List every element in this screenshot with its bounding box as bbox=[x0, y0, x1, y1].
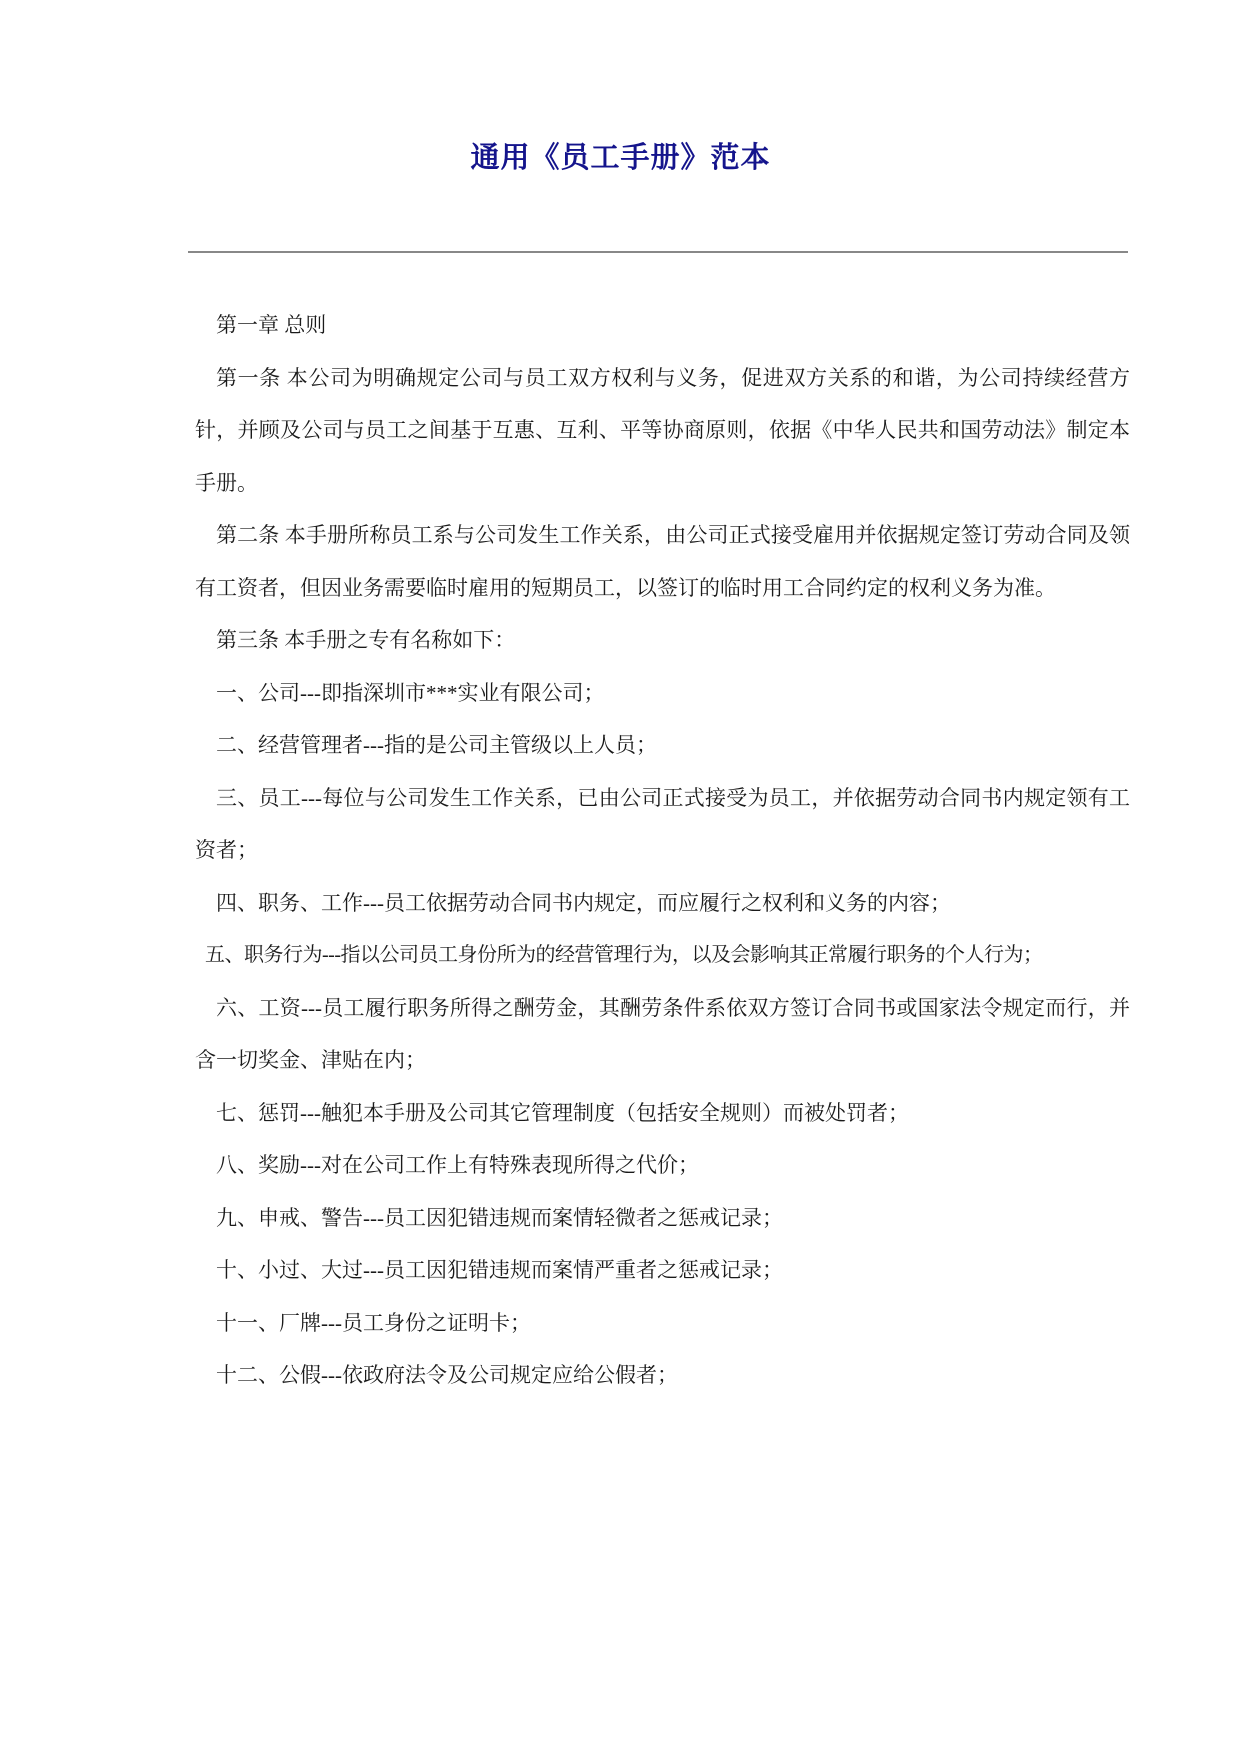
paragraph-term-6: 六、工资---员工履行职务所得之酬劳金，其酬劳条件系依双方签订合同书或国家法令规… bbox=[195, 982, 1130, 1087]
paragraph-term-5: 五、职务行为---指以公司员工身份所为的经营管理行为，以及会影响其正常履行职务的… bbox=[195, 929, 1130, 982]
paragraph-term-4: 四、职务、工作---员工依据劳动合同书内规定，而应履行之权利和义务的内容； bbox=[195, 877, 1130, 930]
paragraph-article-3: 第三条 本手册之专有名称如下： bbox=[195, 614, 1130, 667]
paragraph-term-11: 十一、厂牌---员工身份之证明卡； bbox=[195, 1297, 1130, 1350]
paragraph-term-7: 七、惩罚---触犯本手册及公司其它管理制度（包括安全规则）而被处罚者； bbox=[195, 1087, 1130, 1140]
paragraph-term-9: 九、申戒、警告---员工因犯错违规而案情轻微者之惩戒记录； bbox=[195, 1192, 1130, 1245]
document-title: 通用《员工手册》范本 bbox=[0, 0, 1241, 178]
paragraph-term-12: 十二、公假---依政府法令及公司规定应给公假者； bbox=[195, 1349, 1130, 1402]
paragraph-term-2: 二、经营管理者---指的是公司主管级以上人员； bbox=[195, 719, 1130, 772]
title-divider bbox=[188, 251, 1128, 253]
paragraph-term-10: 十、小过、大过---员工因犯错违规而案情严重者之惩戒记录； bbox=[195, 1244, 1130, 1297]
document-page: 通用《员工手册》范本 第一章 总则 第一条 本公司为明确规定公司与员工双方权利与… bbox=[0, 0, 1241, 1754]
paragraph-article-2: 第二条 本手册所称员工系与公司发生工作关系，由公司正式接受雇用并依据规定签订劳动… bbox=[195, 509, 1130, 614]
paragraph-term-8: 八、奖励---对在公司工作上有特殊表现所得之代价； bbox=[195, 1139, 1130, 1192]
paragraph-article-1: 第一条 本公司为明确规定公司与员工双方权利与义务，促进双方关系的和谐，为公司持续… bbox=[195, 352, 1130, 510]
paragraph-chapter-1-heading: 第一章 总则 bbox=[195, 299, 1130, 352]
paragraph-term-3: 三、员工---每位与公司发生工作关系，已由公司正式接受为员工，并依据劳动合同书内… bbox=[195, 772, 1130, 877]
document-body: 第一章 总则 第一条 本公司为明确规定公司与员工双方权利与义务，促进双方关系的和… bbox=[195, 299, 1130, 1402]
paragraph-term-1: 一、公司---即指深圳市***实业有限公司； bbox=[195, 667, 1130, 720]
